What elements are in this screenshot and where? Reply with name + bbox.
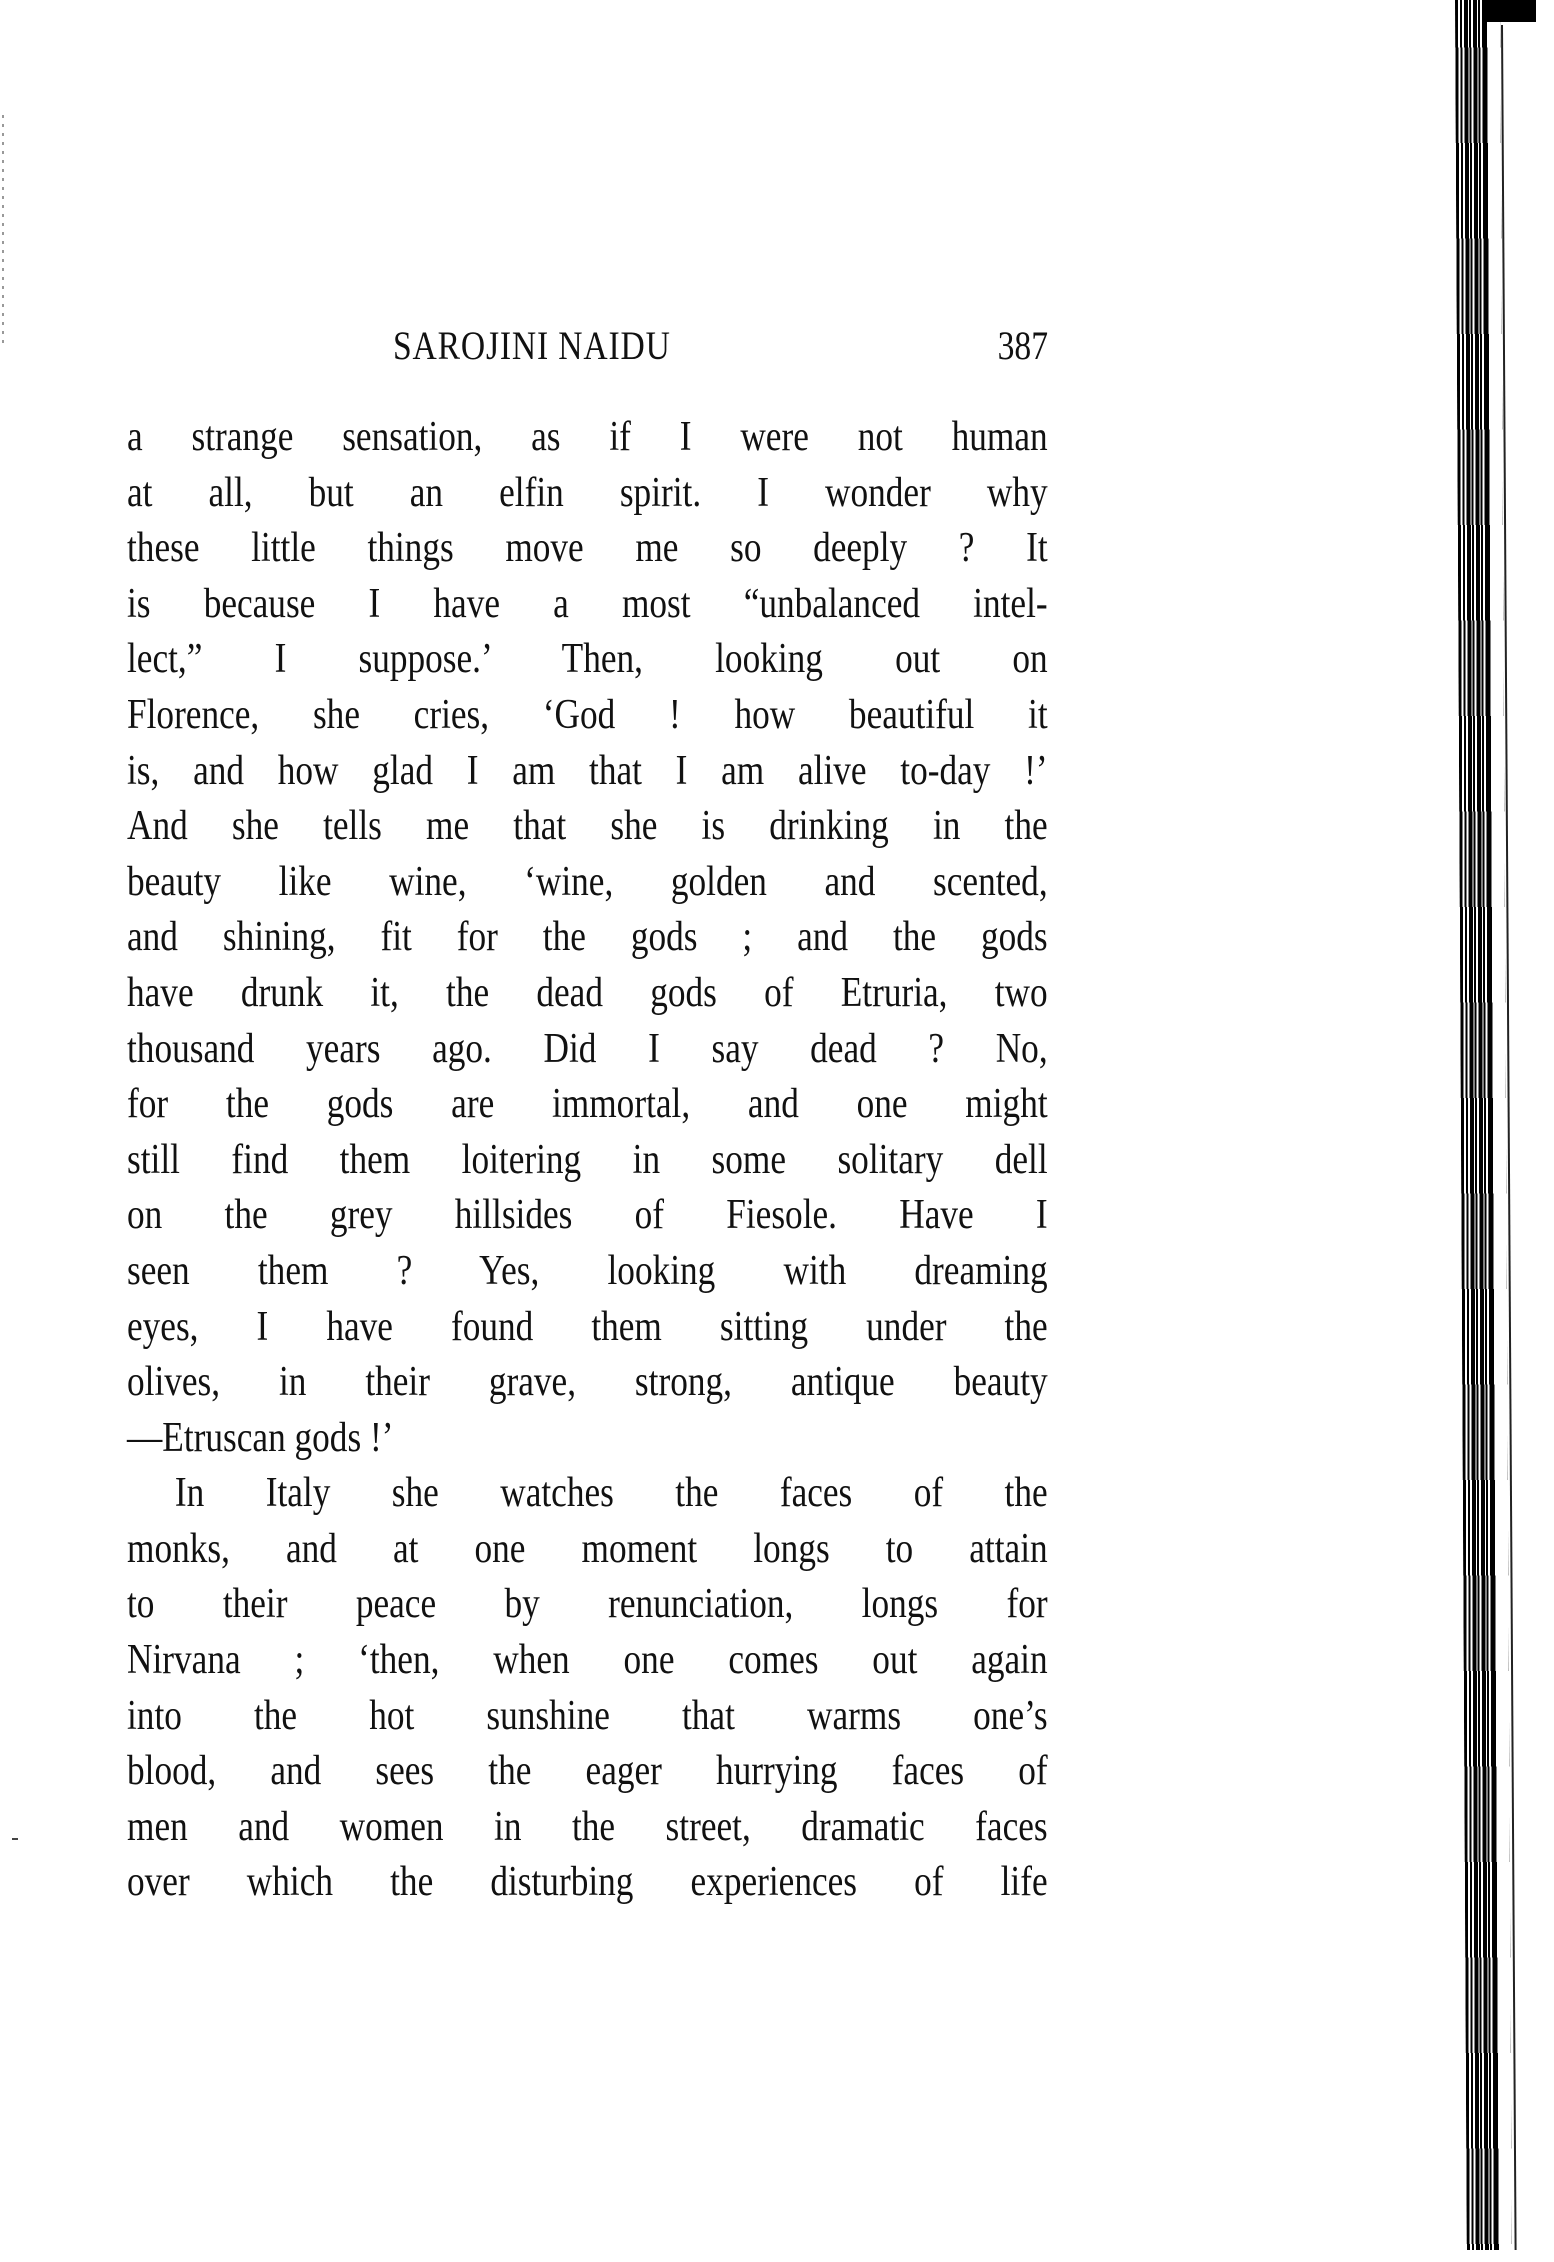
- paragraph-start-line: In Italy she watches the faces of the: [127, 1466, 1048, 1522]
- scan-margin-tick: [12, 1838, 18, 1840]
- text-line: have drunk it, the dead gods of Etruria,…: [127, 966, 1048, 1022]
- text-line: is, and how glad I am that I am alive to…: [127, 744, 1048, 800]
- text-line: And she tells me that she is drinking in…: [127, 799, 1048, 855]
- text-line: blood, and sees the eager hurrying faces…: [127, 1744, 1048, 1800]
- text-line: olives, in their grave, strong, antique …: [127, 1355, 1048, 1411]
- body-text: a strange sensation, as if I were not hu…: [127, 410, 1048, 1911]
- scan-margin-mark: [2, 115, 4, 345]
- text-line: at all, but an elfin spirit. I wonder wh…: [127, 466, 1048, 522]
- text-line: is because I have a most “unbalanced int…: [127, 577, 1048, 633]
- text-line: to their peace by renunciation, longs fo…: [127, 1577, 1048, 1633]
- page-number: 387: [998, 322, 1048, 369]
- text-line: and shining, fit for the gods ; and the …: [127, 910, 1048, 966]
- text-line: these little things move me so deeply ? …: [127, 521, 1048, 577]
- text-line: on the grey hillsides of Fiesole. Have I: [127, 1188, 1048, 1244]
- text-line: still find them loitering in some solita…: [127, 1133, 1048, 1189]
- book-page: SAROJINI NAIDU 387 a strange sensation, …: [0, 0, 1554, 2262]
- text-line: eyes, I have found them sitting under th…: [127, 1300, 1048, 1356]
- paragraph-end-line: —Etruscan gods !’: [127, 1411, 1048, 1467]
- text-line: beauty like wine, ‘wine, golden and scen…: [127, 855, 1048, 911]
- scan-corner-block: [1484, 0, 1536, 22]
- text-line: for the gods are immortal, and one might: [127, 1077, 1048, 1133]
- running-header: SAROJINI NAIDU 387: [127, 322, 1048, 370]
- text-line: men and women in the street, dramatic fa…: [127, 1800, 1048, 1856]
- text-line: lect,” I suppose.’ Then, looking out on: [127, 632, 1048, 688]
- text-line: over which the disturbing experiences of…: [127, 1855, 1048, 1911]
- text-line: thousand years ago. Did I say dead ? No,: [127, 1022, 1048, 1078]
- text-line: Nirvana ; ‘then, when one comes out agai…: [127, 1633, 1048, 1689]
- text-line: Florence, she cries, ‘God ! how beautifu…: [127, 688, 1048, 744]
- running-title: SAROJINI NAIDU: [393, 322, 671, 369]
- text-line: into the hot sunshine that warms one’s: [127, 1689, 1048, 1745]
- text-line: monks, and at one moment longs to attain: [127, 1522, 1048, 1578]
- text-line: a strange sensation, as if I were not hu…: [127, 410, 1048, 466]
- text-line: seen them ? Yes, looking with dreaming: [127, 1244, 1048, 1300]
